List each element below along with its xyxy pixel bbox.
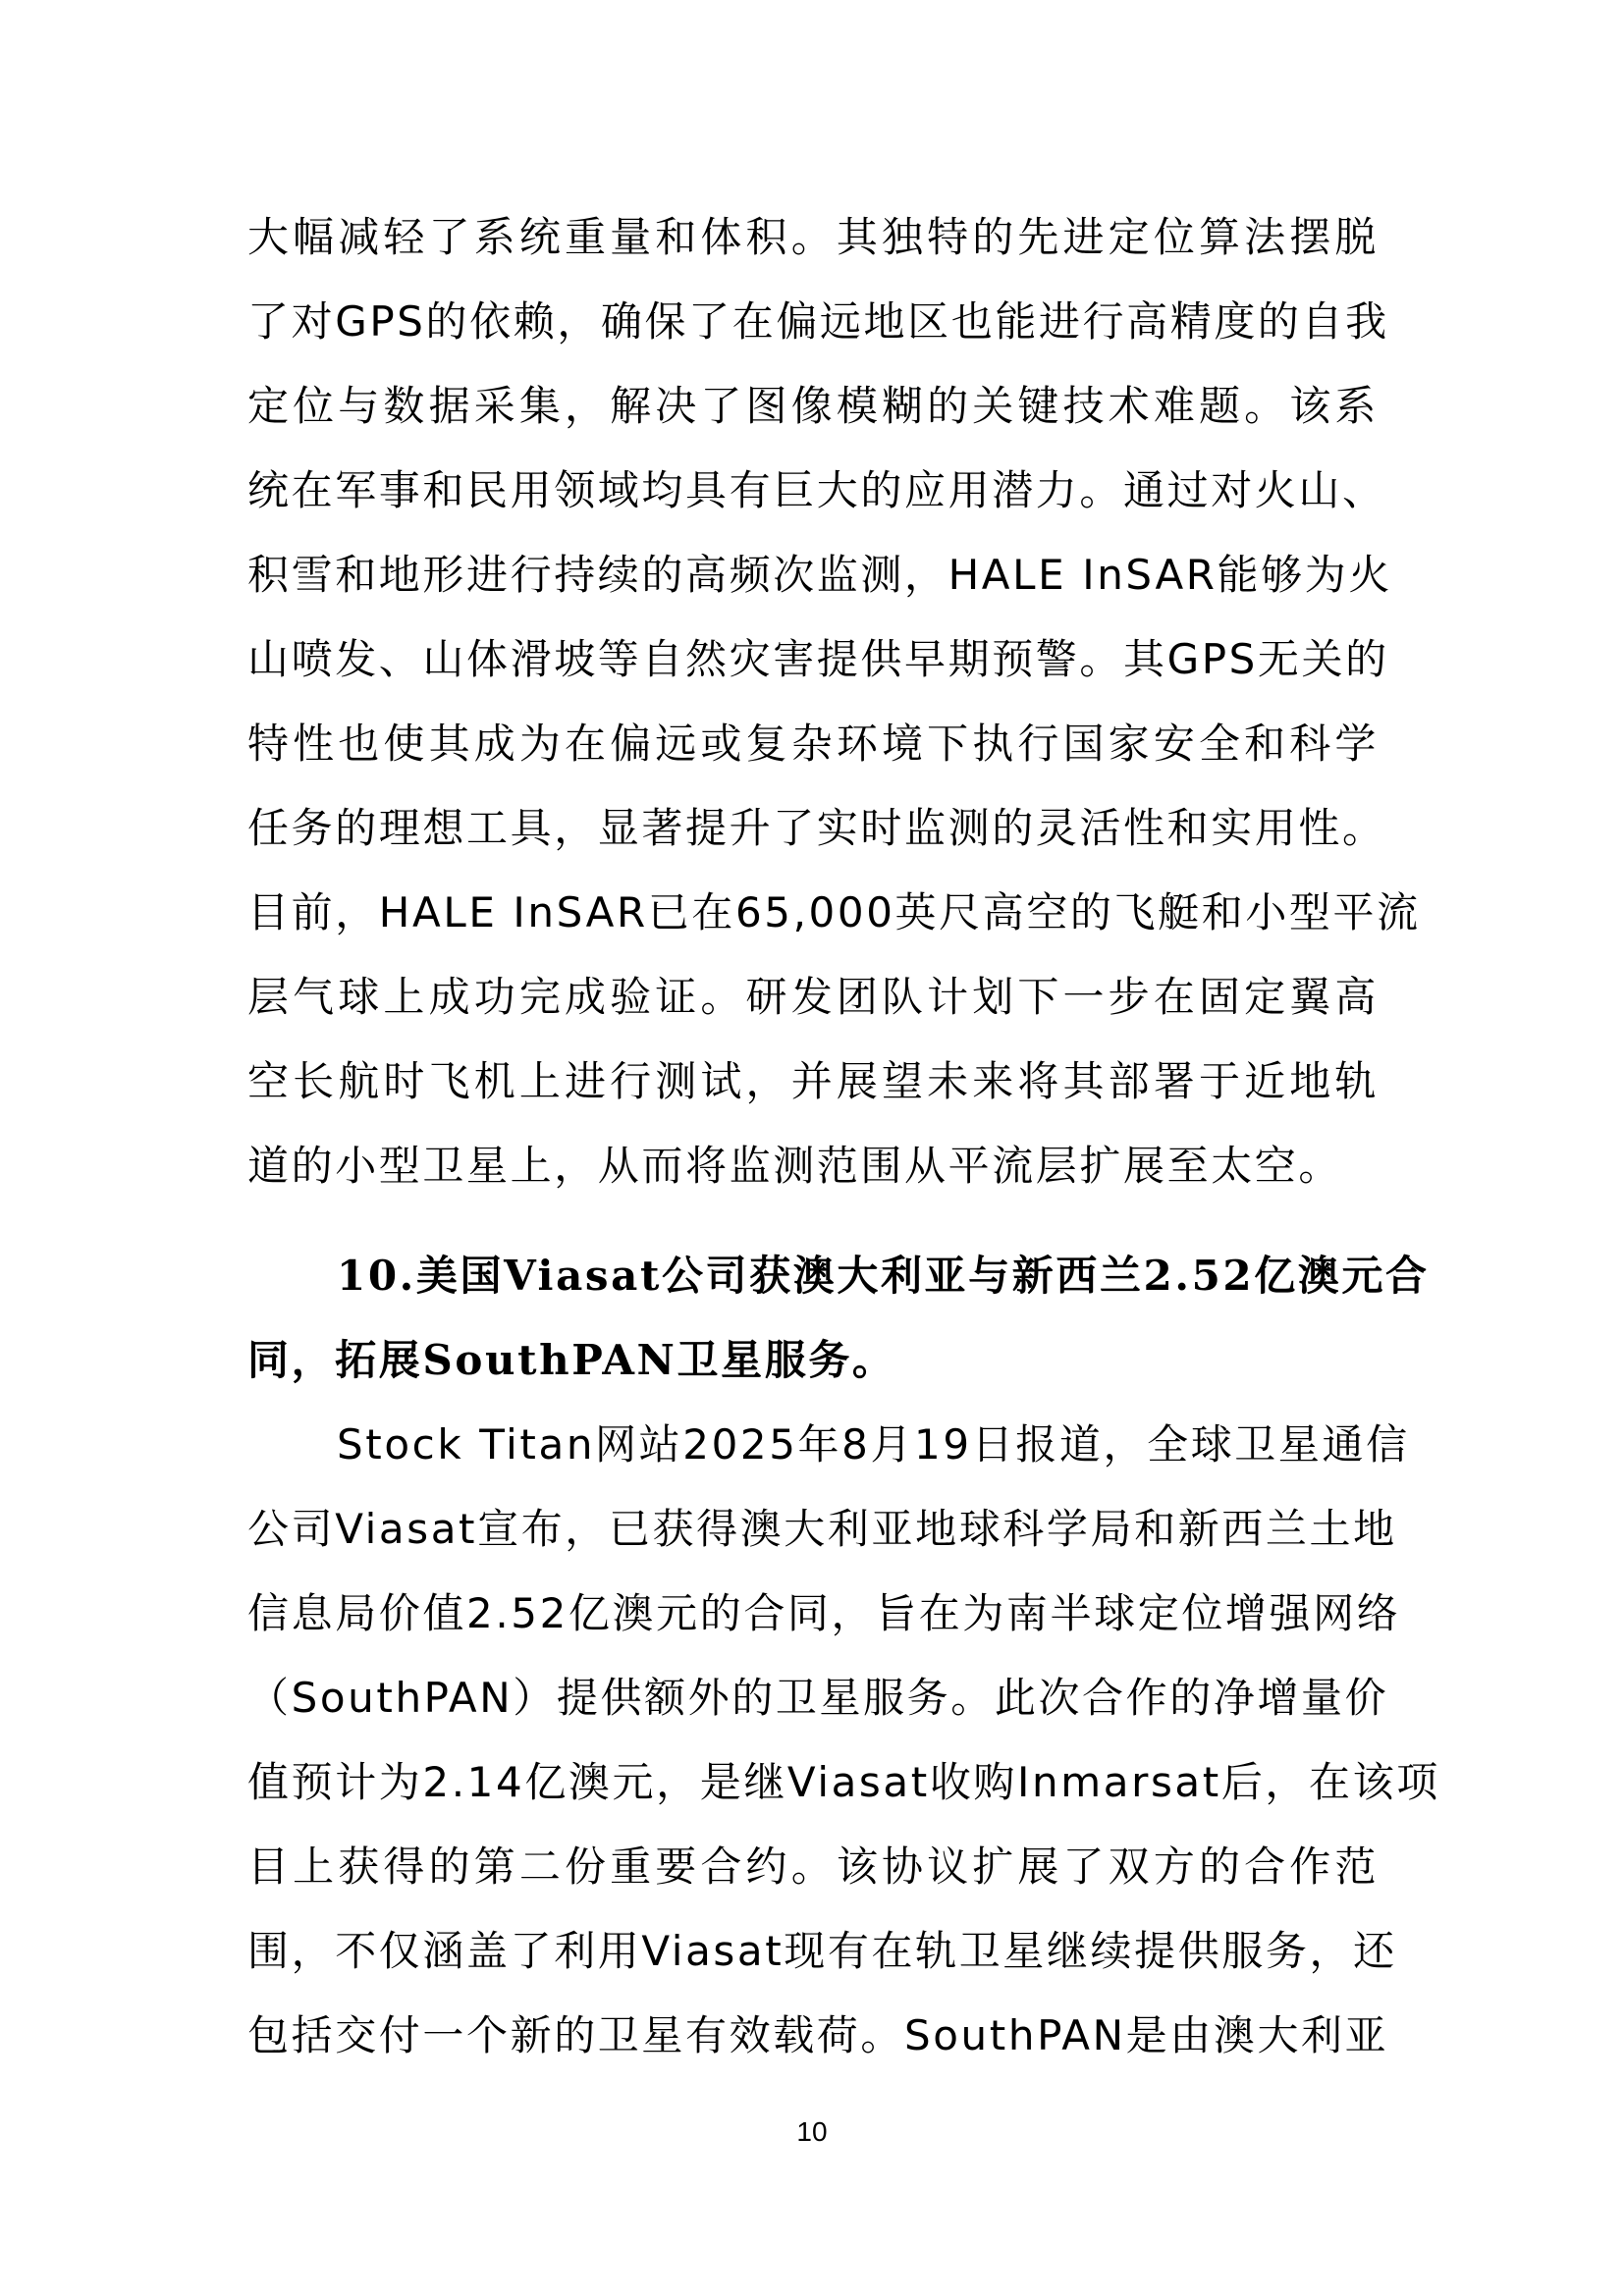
text-line: 道的小型卫星上，从而将监测范围从平流层扩展至太空。: [247, 1137, 1379, 1196]
text-line: （SouthPAN）提供额外的卫星服务。此次合作的净增量价: [247, 1669, 1379, 1728]
document-page: 大幅减轻了系统重量和体积。其独特的先进定位算法摆脱 了对GPS的依赖，确保了在偏…: [0, 0, 1624, 2296]
text-line: 包括交付一个新的卫星有效载荷。SouthPAN是由澳大利亚: [247, 2006, 1379, 2065]
text-line: 特性也使其成为在偏远或复杂环境下执行国家安全和科学: [247, 715, 1379, 774]
text-line: 层气球上成功完成验证。研发团队计划下一步在固定翼高: [247, 968, 1379, 1027]
text-line: 空长航时飞机上进行测试，并展望未来将其部署于近地轨: [247, 1052, 1379, 1111]
text-line: 值预计为2.14亿澳元，是继Viasat收购Inmarsat后，在该项: [247, 1753, 1379, 1812]
text-line: 统在军事和民用领域均具有巨大的应用潜力。通过对火山、: [247, 461, 1379, 520]
text-line: 积雪和地形进行持续的高频次监测，HALE InSAR能够为火: [247, 546, 1379, 605]
text-line: 山喷发、山体滑坡等自然灾害提供早期预警。其GPS无关的: [247, 630, 1379, 689]
text-line: 围，不仅涵盖了利用Viasat现有在轨卫星继续提供服务，还: [247, 1922, 1379, 1981]
text-line: Stock Titan网站2025年8月19日报道，全球卫星通信: [337, 1415, 1379, 1474]
heading-line: 10.美国Viasat公司获澳大利亚与新西兰2.52亿澳元合: [337, 1247, 1379, 1306]
text-line: 定位与数据采集，解决了图像模糊的关键技术难题。该系: [247, 377, 1379, 436]
text-line: 大幅减轻了系统重量和体积。其独特的先进定位算法摆脱: [247, 208, 1379, 267]
page-number: 10: [0, 2112, 1624, 2152]
text-line: 信息局价值2.52亿澳元的合同，旨在为南半球定位增强网络: [247, 1584, 1379, 1643]
heading-line: 同，拓展SouthPAN卫星服务。: [247, 1331, 1379, 1390]
text-line: 公司Viasat宣布，已获得澳大利亚地球科学局和新西兰土地: [247, 1500, 1379, 1559]
text-line: 任务的理想工具，显著提升了实时监测的灵活性和实用性。: [247, 799, 1379, 858]
text-line: 目上获得的第二份重要合约。该协议扩展了双方的合作范: [247, 1838, 1379, 1896]
text-line: 了对GPS的依赖，确保了在偏远地区也能进行高精度的自我: [247, 293, 1379, 351]
text-line: 目前，HALE InSAR已在65,000英尺高空的飞艇和小型平流: [247, 883, 1379, 942]
